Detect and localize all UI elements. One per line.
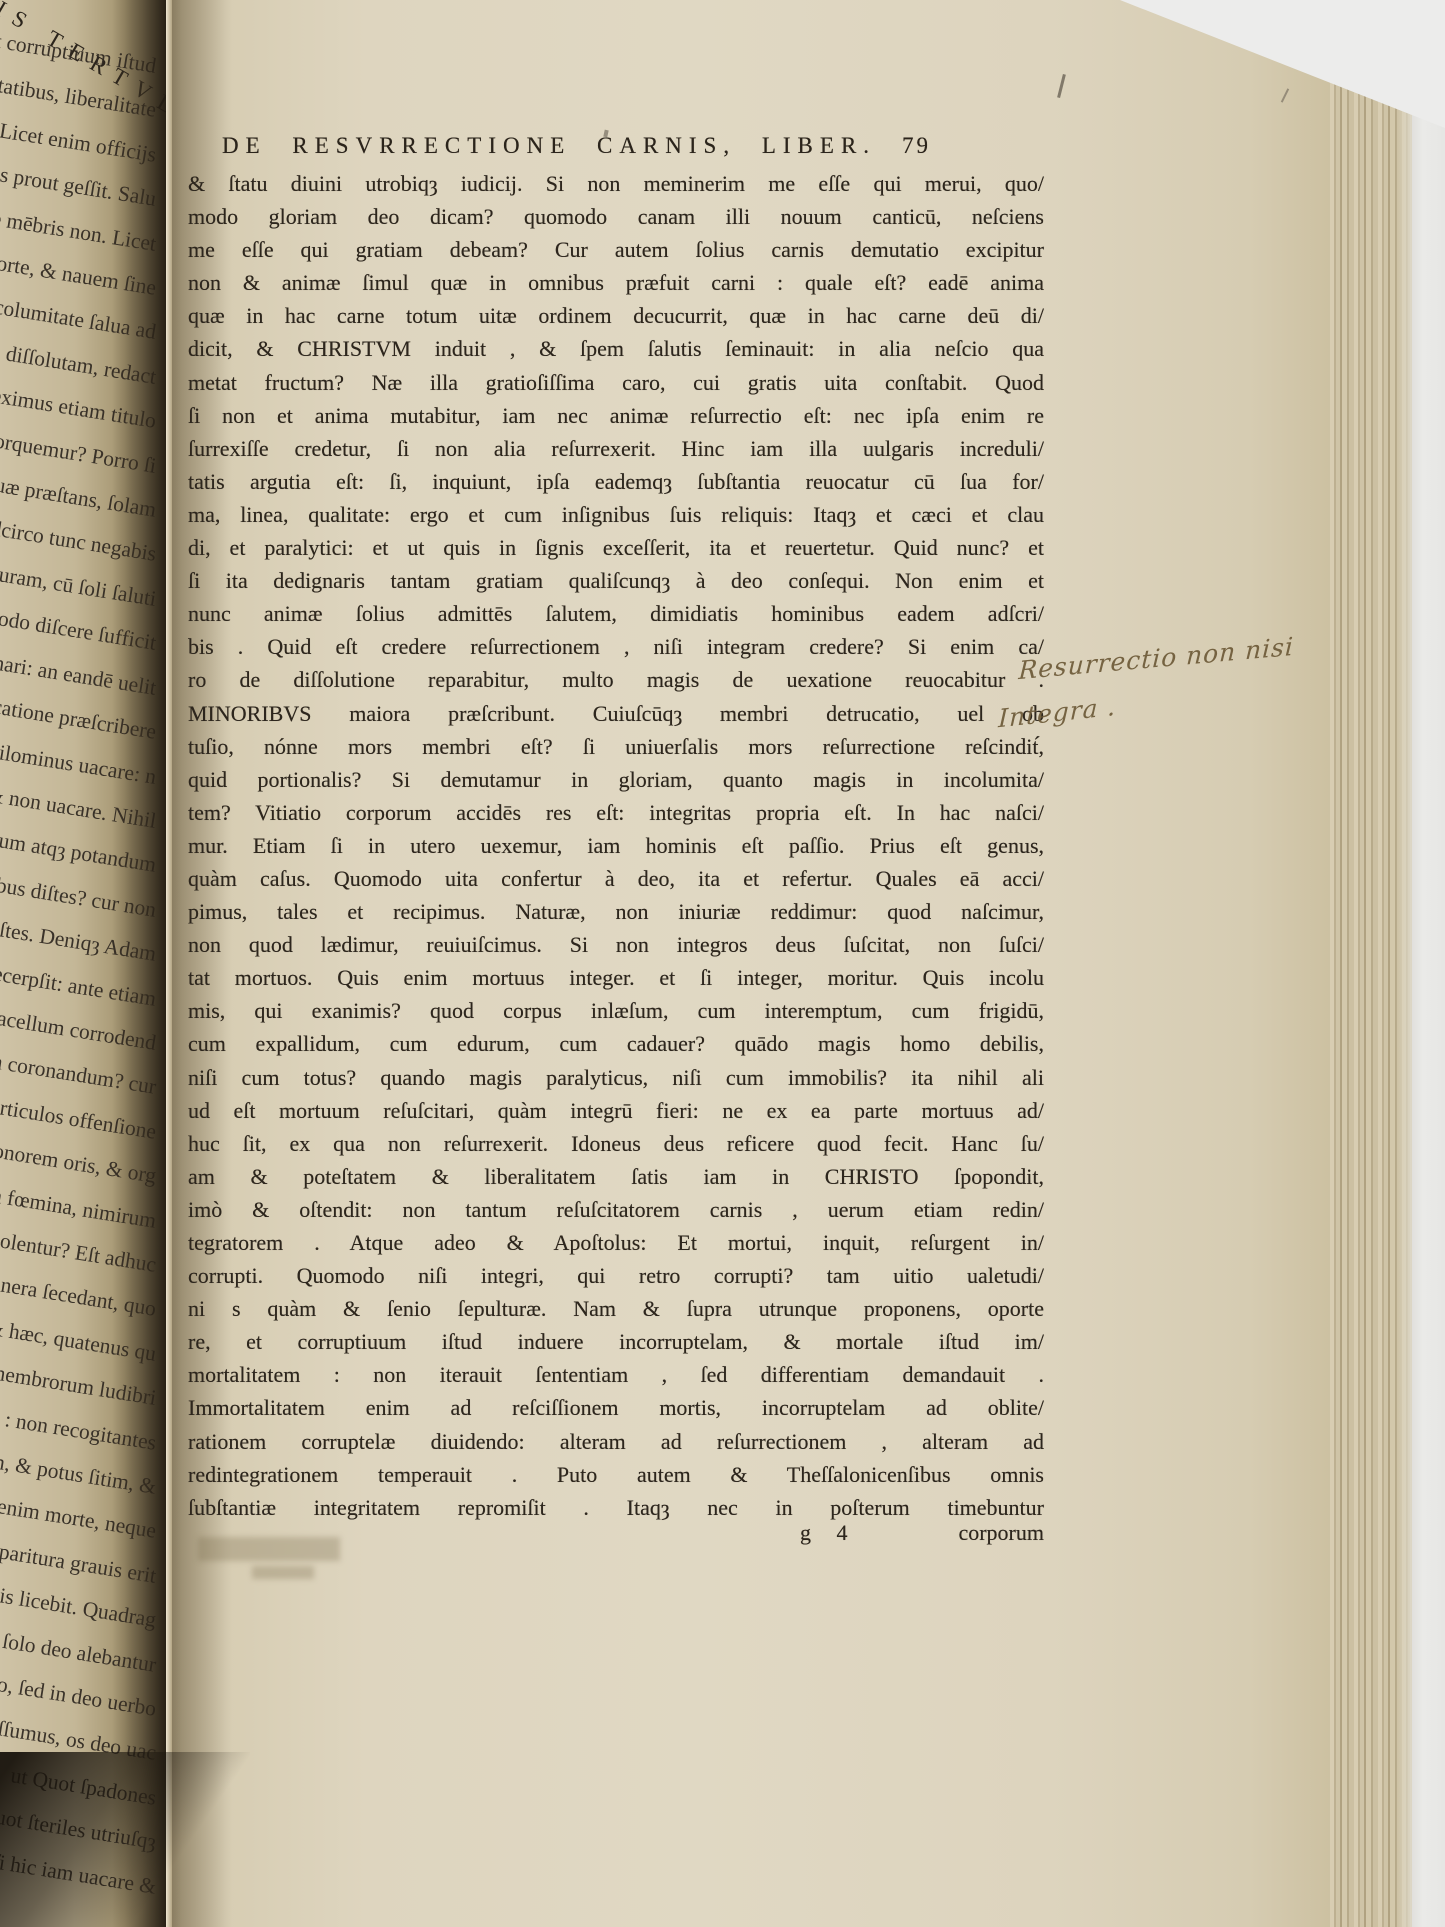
signature-line: g 4 corporum: [188, 1520, 1044, 1554]
text-line: ud eſt mortuum reſuſcitari, quàm integrū…: [188, 1094, 1044, 1127]
text-line: ſurrexiſſe credetur, ſi non alia reſurre…: [188, 432, 1044, 465]
gutter-shadow: [112, 0, 166, 1927]
text-line: imò & oſtendit: non tantum reſuſcitatore…: [188, 1193, 1044, 1226]
text-line: re, et corruptiuum iſtud induere incorru…: [188, 1325, 1044, 1358]
text-line: tuſio, nónne mors membri eſt? ſi uniuerſ…: [188, 730, 1044, 763]
text-line: tegratorem . Atque adeo & Apoſtolus: Et …: [188, 1226, 1044, 1259]
text-line: quid portionalis? Si demutamur in gloria…: [188, 763, 1044, 796]
text-line: corrupti. Quomodo niſi integri, qui retr…: [188, 1259, 1044, 1292]
text-line: non quod lædimur, reuiuiſcimus. Si non i…: [188, 928, 1044, 961]
body-text: & ſtatu diuini utrobiqȝ iudicij. Si non …: [188, 167, 1044, 1524]
text-line: tem? Vitiatio corporum accidēs res eſt: …: [188, 796, 1044, 829]
text-line: di, et paralytici: et ut quis in ſignis …: [188, 531, 1044, 564]
text-line: am & poteſtatem & liberalitatem ſatis ia…: [188, 1160, 1044, 1193]
text-line: nunc animæ ſolius admittēs ſalutem, dimi…: [188, 597, 1044, 630]
fore-edge-fade: [1396, 0, 1412, 1927]
text-line: & ſtatu diuini utrobiqȝ iudicij. Si non …: [188, 167, 1044, 200]
text-line: huc ſit, ex qua non reſurrexerit. Idoneu…: [188, 1127, 1044, 1160]
text-line: Immortalitatem enim ad reſciſſionem mort…: [188, 1391, 1044, 1424]
running-header: DE RESVRRECTIONE CARNIS, LIBER.79: [222, 133, 931, 159]
text-line: dicit, & CHRISTVM induit , & ſpem ſaluti…: [188, 332, 1044, 365]
text-line: mur. Etiam ſi in utero uexemur, iam homi…: [188, 829, 1044, 862]
text-line: ſi ita dedignaris tantam gratiam qualiſc…: [188, 564, 1044, 597]
text-line: redintegrationem temperauit . Puto autem…: [188, 1458, 1044, 1491]
text-line: ni s quàm & ſenio ſepulturæ. Nam & ſupra…: [188, 1292, 1044, 1325]
book-photograph: IS TERTVLL alitatem, et corruptiuum iſtu…: [0, 0, 1445, 1927]
text-line: bis . Quid eſt credere reſurrectionem , …: [188, 630, 1044, 663]
catchword: corporum: [958, 1520, 1044, 1546]
bleedthrough-smudge: [252, 1566, 314, 1579]
photo-background: [1408, 0, 1445, 1927]
text-line: metat fructum? Næ illa gratioſiſſima car…: [188, 366, 1044, 399]
text-line: ma, linea, qualitate: ergo et cum inſign…: [188, 498, 1044, 531]
text-line: tatis argutia eſt: ſi, inquiunt, ipſa ea…: [188, 465, 1044, 498]
text-line: ro de diſſolutione reparabitur, multo ma…: [188, 663, 1044, 696]
text-line: modo gloriam deo dicam? quomodo canam il…: [188, 200, 1044, 233]
text-line: rationem corruptelæ diuidendo: alteram a…: [188, 1425, 1044, 1458]
text-line: pimus, tales et recipimus. Naturæ, non i…: [188, 895, 1044, 928]
book-bottom-shadow: [0, 1752, 250, 1927]
folio-number: 79: [902, 133, 931, 158]
text-line: mis, qui exanimis? quod corpus inlæſum, …: [188, 994, 1044, 1027]
running-header-title: DE RESVRRECTIONE CARNIS, LIBER.: [222, 133, 876, 158]
text-line: cum expallidum, cum edurum, cum cadauer?…: [188, 1027, 1044, 1060]
text-line: non & animæ ſimul quæ in omnibus præfuit…: [188, 266, 1044, 299]
text-line: MINORIBVS maiora præſcribunt. Cuiuſcūqȝ …: [188, 697, 1044, 730]
text-line: niſi cum totus? quando magis paralyticus…: [188, 1061, 1044, 1094]
text-line: mortalitatem : non iterauit ſententiam ,…: [188, 1358, 1044, 1391]
text-line: tat mortuos. Quis enim mortuus integer. …: [188, 961, 1044, 994]
text-line: ſubſtantiæ integritatem repromiſit . Ita…: [188, 1491, 1044, 1524]
text-line: quæ in hac carne totum uitæ ordinem decu…: [188, 299, 1044, 332]
signature-mark: g 4: [800, 1520, 858, 1546]
text-line: me eſſe qui gratiam debeam? Cur autem ſo…: [188, 233, 1044, 266]
text-line: ſi non et anima mutabitur, iam nec animæ…: [188, 399, 1044, 432]
text-line: quàm caſus. Quomodo uita confertur à deo…: [188, 862, 1044, 895]
